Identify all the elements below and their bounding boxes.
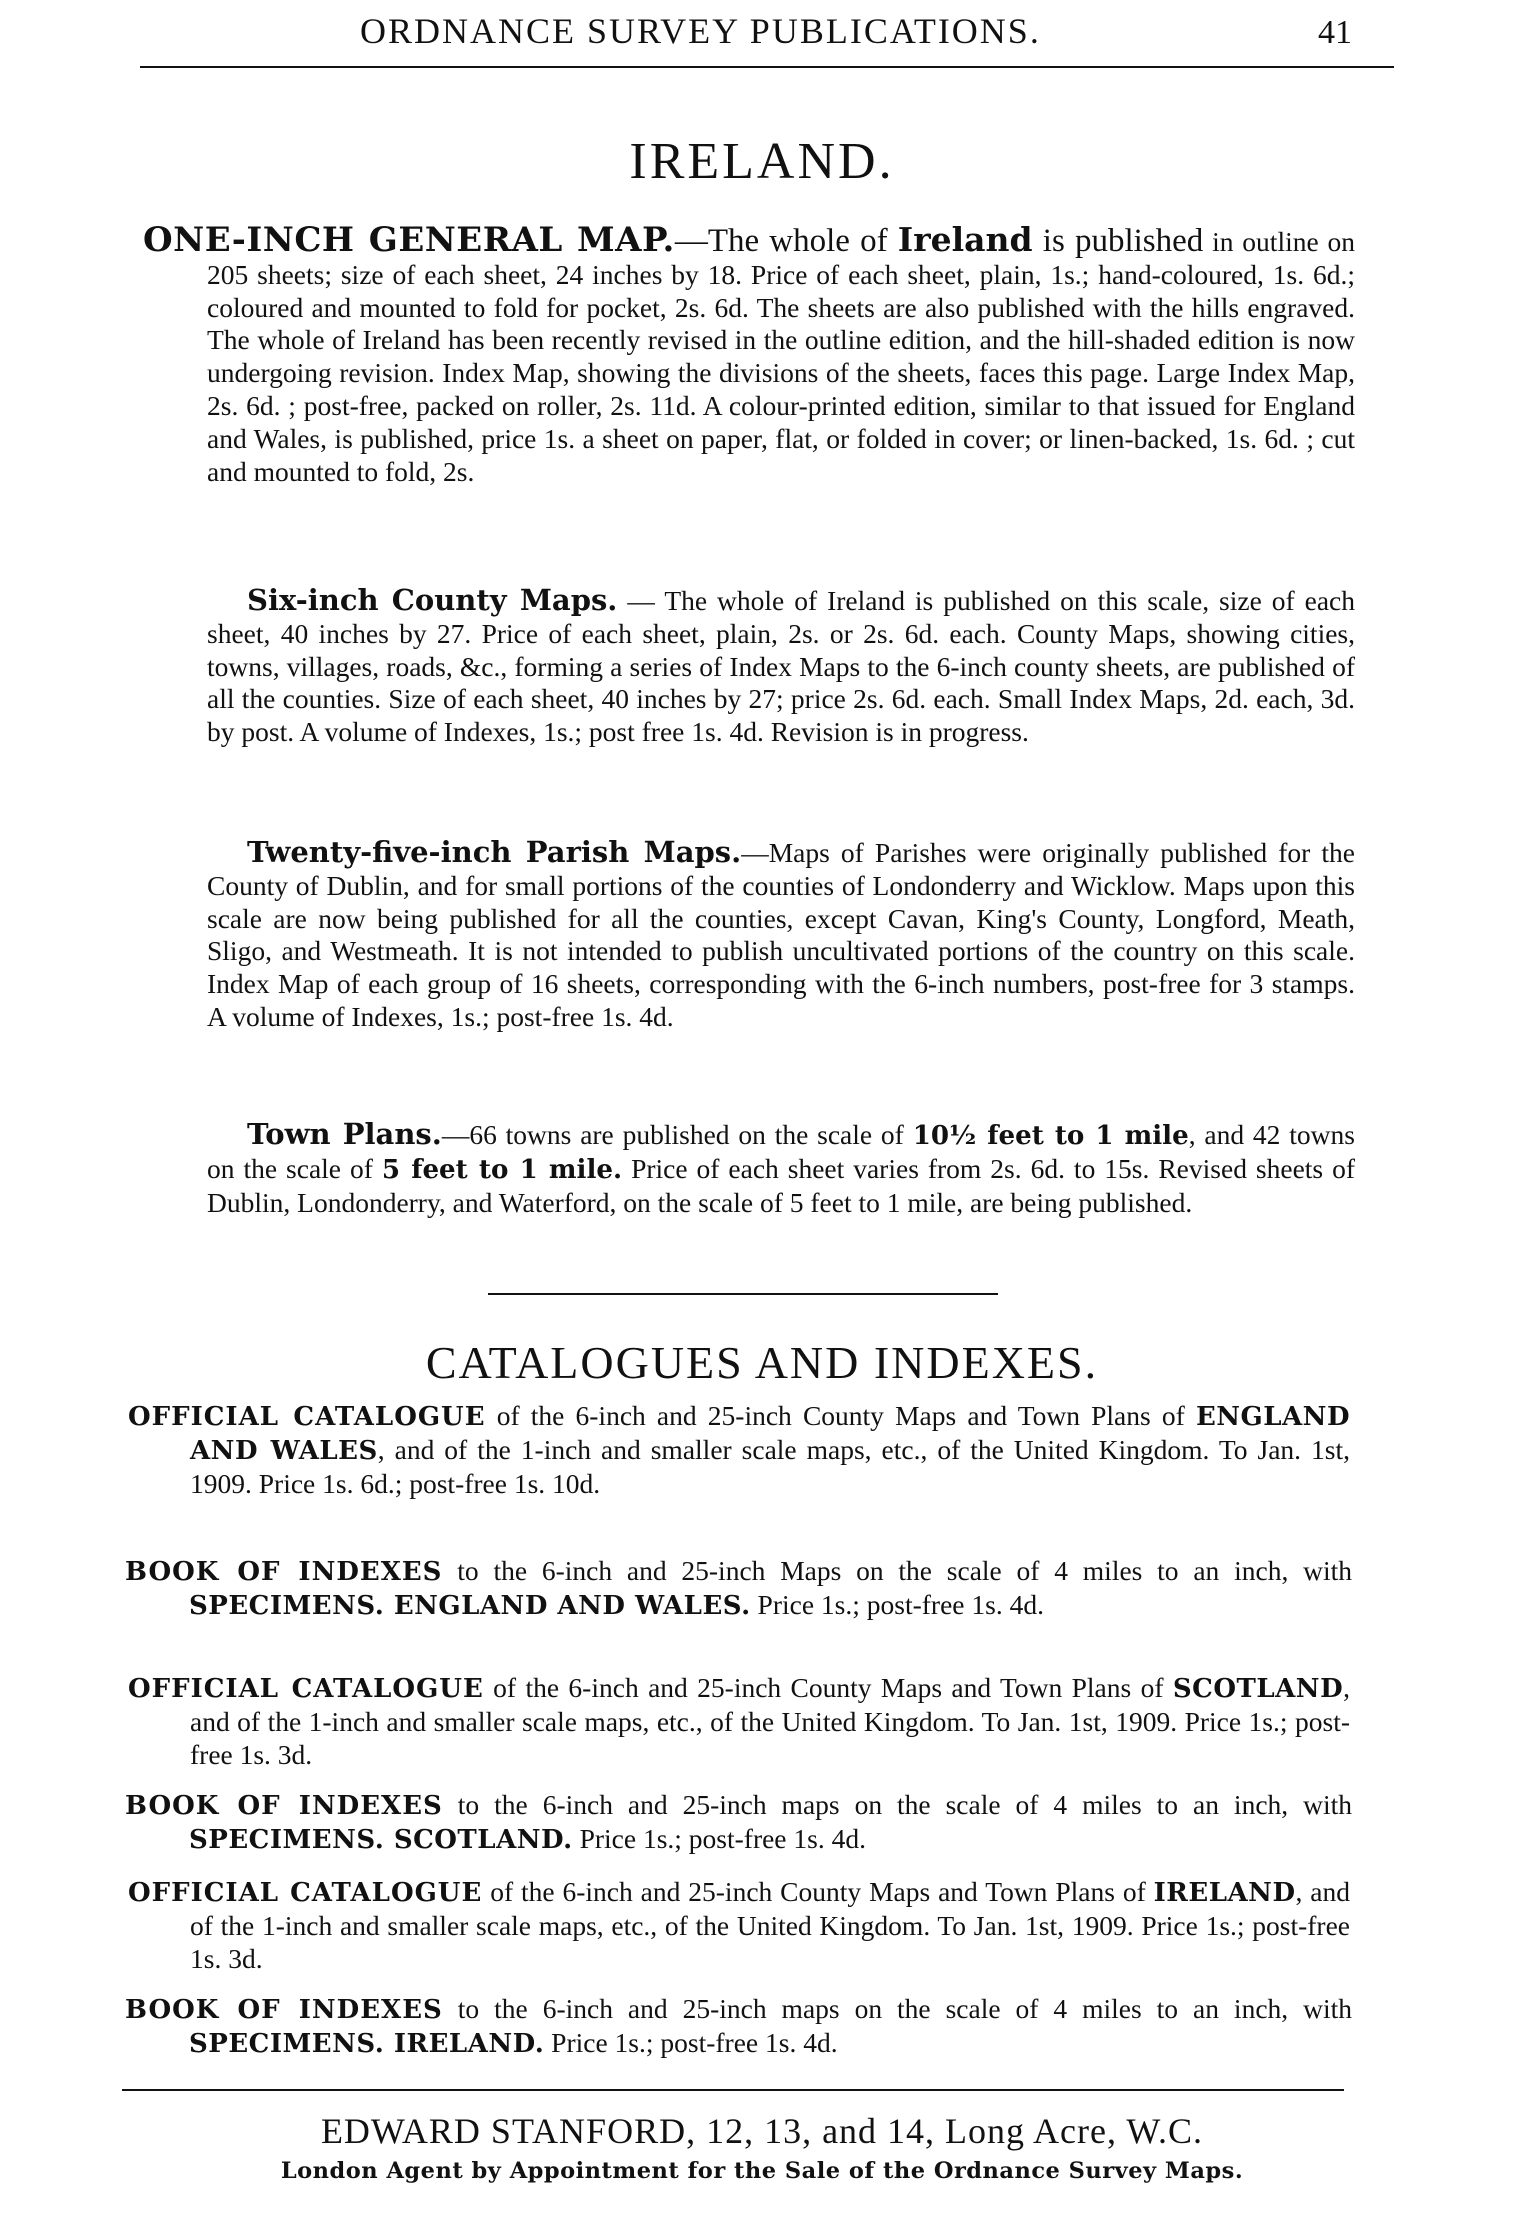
paragraph-lead: ONE-INCH GENERAL MAP. xyxy=(143,220,675,260)
page-number: 41 xyxy=(1318,14,1352,52)
running-title: ORDNANCE SURVEY PUBLICATIONS. xyxy=(360,10,1041,52)
scale-emphasis: 10½ feet to 1 mile xyxy=(913,1120,1189,1151)
catalogue-item: BOOK OF INDEXES to the 6-inch and 25-inc… xyxy=(125,1993,1352,2061)
paragraph-body: in outline on 205 sheets; size of each s… xyxy=(207,226,1355,487)
paragraph-lead: Six-inch County Maps. xyxy=(247,583,617,617)
section-title-ireland: IRELAND. xyxy=(0,132,1524,191)
paragraph-one-inch-general-map: ONE-INCH GENERAL MAP.—The whole of Irela… xyxy=(143,224,1355,488)
catalogue-item: OFFICIAL CATALOGUE of the 6-inch and 25-… xyxy=(128,1400,1350,1500)
running-head: ORDNANCE SURVEY PUBLICATIONS. 41 xyxy=(0,10,1524,60)
paragraph-lead: Town Plans. xyxy=(247,1117,442,1151)
publisher-imprint: EDWARD STANFORD, 12, 13, and 14, Long Ac… xyxy=(0,2110,1524,2152)
scale-emphasis: 5 feet to 1 mile. xyxy=(382,1154,622,1185)
section-divider xyxy=(488,1293,998,1295)
catalogue-item: OFFICIAL CATALOGUE of the 6-inch and 25-… xyxy=(128,1876,1350,1975)
catalogue-item: BOOK OF INDEXES to the 6-inch and 25-inc… xyxy=(125,1555,1352,1623)
catalogue-item: BOOK OF INDEXES to the 6-inch and 25-inc… xyxy=(125,1789,1352,1857)
paragraph-twenty-five-inch-parish-maps: Twenty-five-inch Parish Maps.—Maps of Pa… xyxy=(207,836,1355,1034)
agent-line: London Agent by Appointment for the Sale… xyxy=(0,2158,1524,2184)
section-title-catalogues: CATALOGUES AND INDEXES. xyxy=(0,1336,1524,1389)
catalogue-item: OFFICIAL CATALOGUE of the 6-inch and 25-… xyxy=(128,1672,1350,1771)
paragraph-six-inch-county-maps: Six-inch County Maps. — The whole of Ire… xyxy=(207,584,1355,749)
footer-rule xyxy=(122,2089,1344,2091)
paragraph-town-plans: Town Plans.—66 towns are published on th… xyxy=(207,1118,1355,1219)
header-rule xyxy=(140,66,1394,68)
paragraph-lead: Twenty-five-inch Parish Maps. xyxy=(247,835,741,869)
